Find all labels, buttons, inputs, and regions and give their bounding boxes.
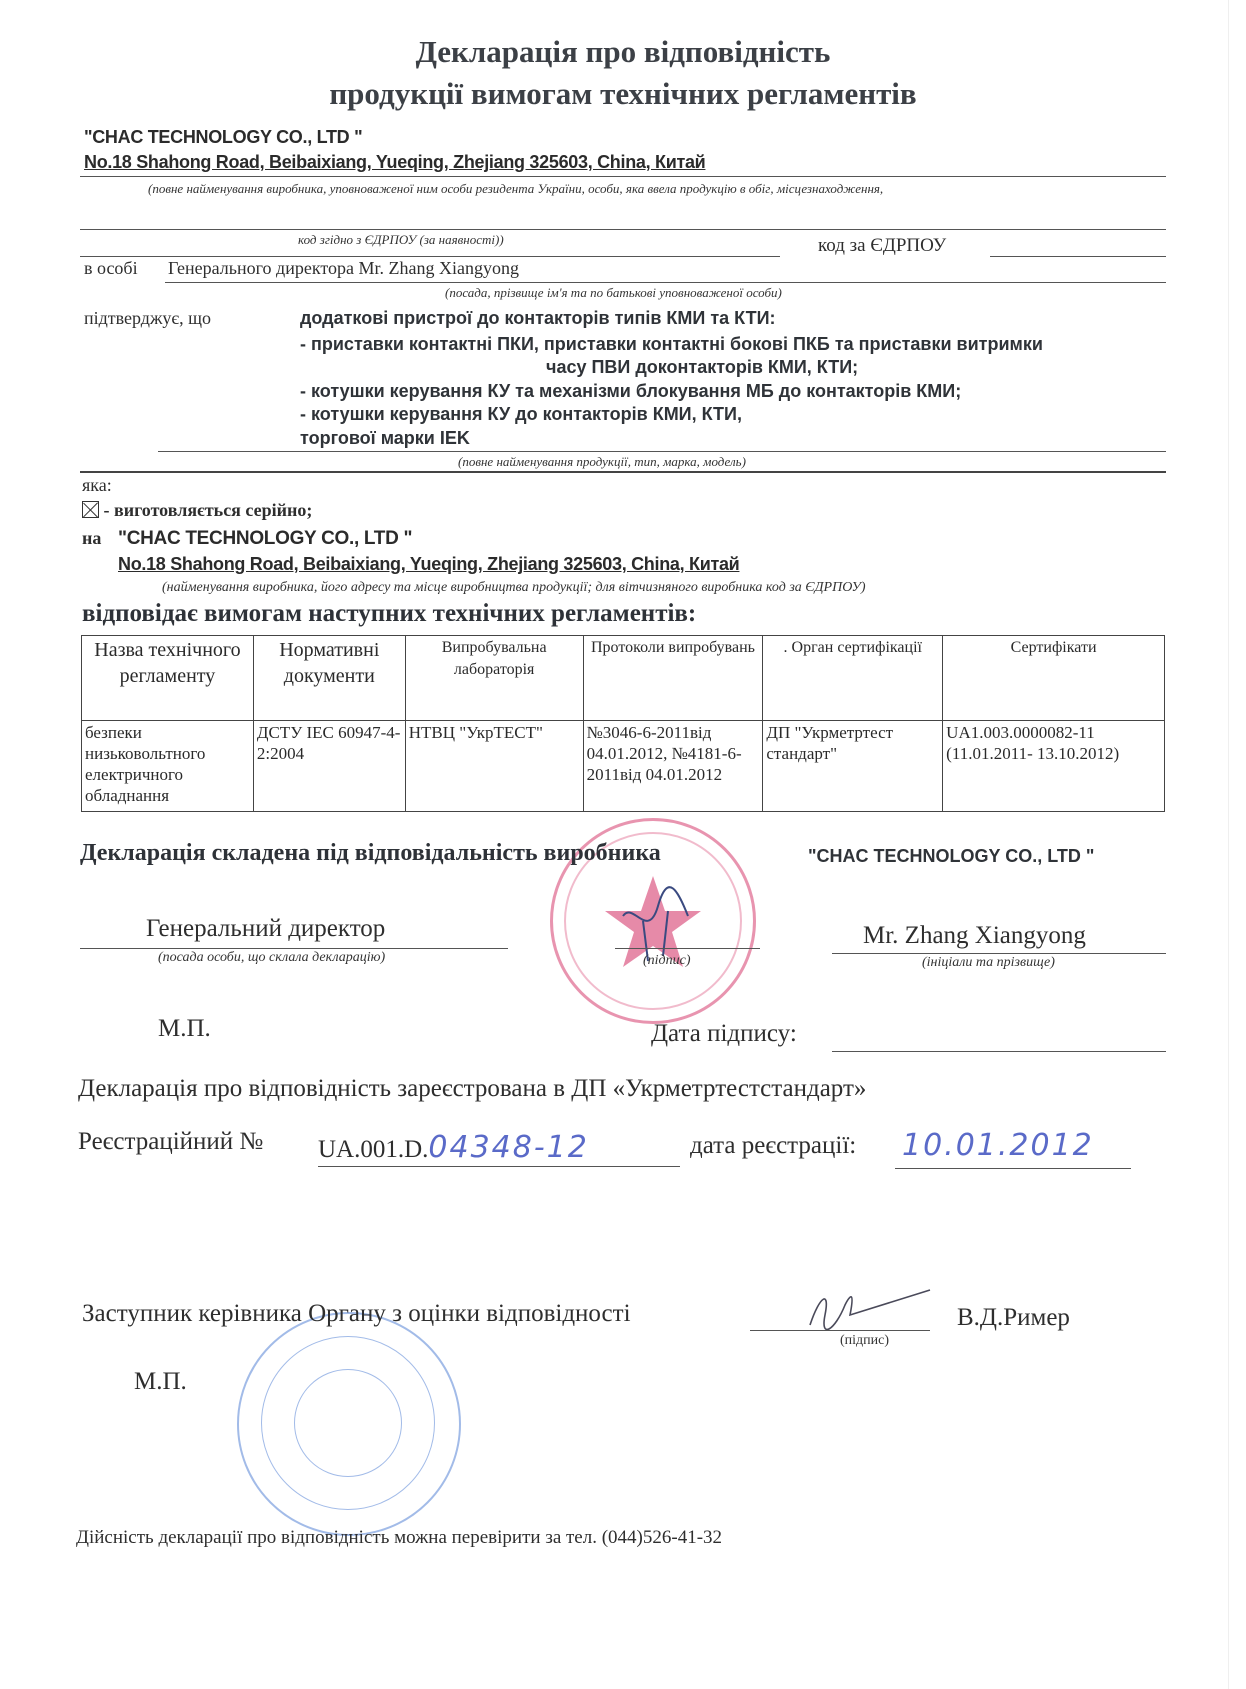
table-header-row: Назва технічного регламенту Нормативні д… (82, 636, 1165, 721)
represented-value: Генерального директора Mr. Zhang Xiangyo… (168, 258, 519, 279)
product-hint: (повне найменування продукції, тип, марк… (458, 454, 746, 470)
product-line-1: додаткові пристрої до контакторів типів … (300, 308, 776, 329)
document-title-line2: продукції вимогам технічних регламентів (0, 74, 1246, 114)
at-label: на (82, 528, 101, 549)
cell-cert-body: ДП "Укрметртест стандарт" (763, 721, 943, 812)
certification-body-stamp (237, 1312, 461, 1536)
seal-label: М.П. (158, 1015, 211, 1043)
reg-date-handwritten: 10.01.2012 (902, 1128, 1094, 1163)
reg-number-label: Реєстраційний № (78, 1128, 263, 1156)
product-line-5: - котушки керування КУ до контакторів КМ… (300, 404, 742, 425)
divider (80, 176, 1166, 177)
name-hint: (ініціали та прізвище) (922, 955, 1055, 971)
position-hint: (посада особи, що склала декларацію) (158, 950, 385, 966)
regulations-heading: відповідає вимогам наступних технічних р… (82, 600, 696, 628)
col-header-certificates: Сертифікати (943, 636, 1165, 721)
document-title-line1: Декларація про відповідність (0, 32, 1246, 72)
deputy-signature-hint: (підпис) (840, 1333, 889, 1349)
divider (158, 451, 1166, 452)
represented-label: в особі (84, 258, 138, 279)
confirms-label: підтверджує, що (84, 308, 211, 329)
divider (832, 953, 1166, 954)
product-line-3: часу ПВИ доконтакторів КМИ, КТИ; (546, 357, 858, 378)
sign-date-label: Дата підпису: (651, 1020, 797, 1048)
registered-text: Декларація про відповідність зареєстрова… (78, 1075, 866, 1103)
edrpou-label: код за ЄДРПОУ (818, 235, 946, 257)
deputy-signature-line (750, 1330, 930, 1331)
product-line-4: - котушки керування КУ та механізми блок… (300, 381, 961, 402)
col-header-regulation: Назва технічного регламенту (82, 636, 254, 721)
cell-documents: ДСТУ IEC 60947-4-2:2004 (253, 721, 405, 812)
product-line-6: торгової марки IEK (300, 428, 470, 449)
which-label: яка: (82, 475, 112, 496)
signer-name: Mr. Zhang Xiangyong (863, 922, 1086, 950)
maker-address: No.18 Shahong Road, Beibaixiang, Yueqing… (118, 554, 739, 575)
divider (80, 256, 780, 257)
cell-regulation: безпеки низьковольтного електричного обл… (82, 721, 254, 812)
manufacturer-name: "CHAC TECHNOLOGY CO., LTD " (84, 127, 362, 148)
deputy-label: Заступник керівника Органу з оцінки відп… (82, 1300, 631, 1328)
represented-hint: (посада, прізвище ім'я та по батькові уп… (445, 285, 782, 301)
signer-position: Генеральний директор (146, 915, 385, 943)
edrpou-value-line (990, 256, 1166, 257)
manufacturer-hint: (повне найменування виробника, уповноваж… (148, 181, 883, 197)
col-header-cert-body: . Орган сертифікації (763, 636, 943, 721)
responsibility-text: Декларація складена під відповідальність… (80, 840, 661, 867)
manufacturer-address: No.18 Shahong Road, Beibaixiang, Yueqing… (84, 152, 705, 173)
signature-line (615, 948, 760, 949)
serial-production-label: - виготовляється серійно; (104, 500, 313, 520)
verification-footer: Дійсність декларації про відповідність м… (76, 1527, 722, 1549)
responsibility-company: "CHAC TECHNOLOGY CO., LTD " (808, 846, 1094, 867)
maker-name: "CHAC TECHNOLOGY CO., LTD " (118, 528, 412, 550)
col-header-protocols: Протоколи випробувань (583, 636, 763, 721)
reg-number-field: UA.001.D.04348-12 (318, 1130, 589, 1165)
divider (318, 1166, 680, 1167)
sign-date-field (832, 1051, 1166, 1052)
col-header-laboratory: Випробувальна лабораторія (405, 636, 583, 721)
divider (895, 1168, 1131, 1169)
signature-hint: (підпис) (643, 953, 691, 969)
product-line-2: - приставки контактні ПКИ, приставки кон… (300, 334, 1043, 355)
deputy-seal-label: М.П. (134, 1368, 187, 1396)
reg-number-prefix: UA.001.D. (318, 1136, 428, 1163)
col-header-documents: Нормативні документи (253, 636, 405, 721)
regulations-table: Назва технічного регламенту Нормативні д… (81, 635, 1165, 812)
cell-laboratory: НТВЦ "УкрТЕСТ" (405, 721, 583, 812)
cell-certificates: UA1.003.0000082-11 (11.01.2011- 13.10.20… (943, 721, 1165, 812)
deputy-signature-icon (790, 1285, 940, 1340)
reg-date-label: дата реєстрації: (690, 1132, 856, 1160)
divider (80, 948, 508, 949)
divider (165, 282, 1166, 283)
serial-production-checkbox[interactable] (82, 501, 99, 518)
table-row: безпеки низьковольтного електричного обл… (82, 721, 1165, 812)
reg-number-handwritten: 04348-12 (428, 1130, 588, 1165)
divider (80, 471, 1166, 473)
maker-hint: (найменування виробника, його адресу та … (162, 580, 866, 596)
divider (80, 229, 1166, 230)
page-edge (1228, 0, 1229, 1689)
deputy-name: В.Д.Ример (957, 1304, 1070, 1332)
cell-protocols: №3046-6-2011від 04.01.2012, №4181-6-2011… (583, 721, 763, 812)
edrpou-hint: код згідно з ЄДРПОУ (за наявності)) (298, 232, 504, 248)
